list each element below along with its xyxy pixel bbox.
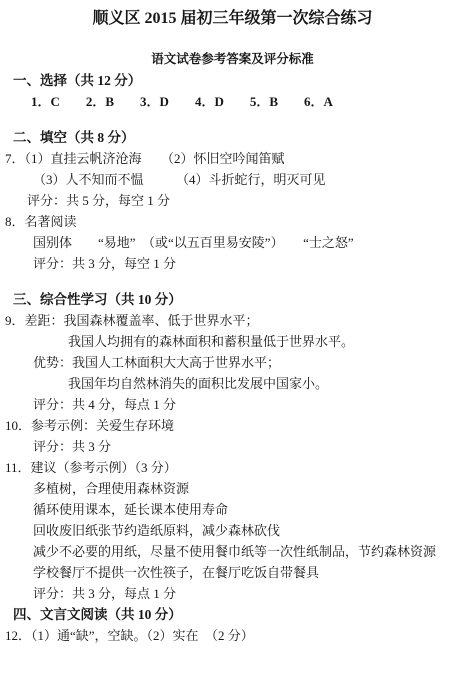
section-choice-heading: 一、选择（共 12 分）: [13, 70, 452, 91]
item-8-heading-line: 8．名著阅读: [5, 211, 452, 232]
item-7-score-line: 评分：共 5 分，每空 1 分: [27, 190, 452, 211]
item-7-answers-line-1: 7．（1）直挂云帆济沧海 （2）怀旧空吟闻笛赋: [5, 148, 452, 169]
item-9-gap-line-2: 我国人均拥有的森林面积和蓄积量低于世界水平。: [68, 331, 452, 352]
item-11-suggestion-3: 回收废旧纸张节约造纸原料，减少森林砍伐: [33, 520, 452, 541]
item-9-gap-line-1: 9．差距：我国森林覆盖率、低于世界水平；: [5, 310, 452, 331]
item-10-score-line: 评分：共 3 分: [33, 436, 452, 457]
item-11-suggestion-1: 多植树，合理使用森林资源: [33, 478, 452, 499]
item-11-score-line: 评分：共 3 分，每点 1 分: [33, 583, 452, 604]
document-page: 顺义区 2015 届初三年级第一次综合练习 语文试卷参考答案及评分标准 一、选择…: [0, 0, 462, 676]
item-10-answer-line: 10．参考示例：关爱生存环境: [5, 415, 452, 436]
section-classical-reading-heading: 四、文言文阅读（共 10 分）: [13, 604, 452, 625]
item-9-advantage-line-2: 我国年均自然林消失的面积比发展中国家小。: [68, 373, 452, 394]
document-title: 顺义区 2015 届初三年级第一次综合练习: [13, 8, 452, 30]
item-8-answers-line: 国别体 “易地” （或“以五百里易安陵”） “士之怒”: [33, 232, 452, 253]
item-11-suggestion-2: 循环使用课本，延长课本使用寿命: [33, 499, 452, 520]
item-8-score-line: 评分：共 3 分，每空 1 分: [33, 253, 452, 274]
document-subtitle: 语文试卷参考答案及评分标准: [13, 50, 452, 68]
item-11-heading-line: 11．建议（参考示例）（3 分）: [5, 457, 452, 478]
item-7-answers-line-2: （3）人不知而不愠 （4）斗折蛇行，明灭可见: [33, 169, 452, 190]
item-9-score-line: 评分：共 4 分，每点 1 分: [33, 394, 452, 415]
item-11-suggestion-4: 减少不必要的用纸，尽量不使用餐巾纸等一次性纸制品，节约森林资源: [33, 541, 452, 562]
section-fill-blank-heading: 二、填空（共 8 分）: [13, 127, 452, 148]
choice-answers-line: 1．C 2．B 3．D 4．D 5．B 6．A: [31, 91, 452, 112]
item-11-suggestion-5: 学校餐厅不提供一次性筷子，在餐厅吃饭自带餐具: [33, 562, 452, 583]
item-9-advantage-line-1: 优势：我国人工林面积大大高于世界水平；: [33, 352, 452, 373]
item-12-answer-line: 12．（1）通“缺”，空缺。（2）实在 （2 分）: [5, 625, 452, 646]
section-comprehensive-heading: 三、综合性学习（共 10 分）: [13, 289, 452, 310]
